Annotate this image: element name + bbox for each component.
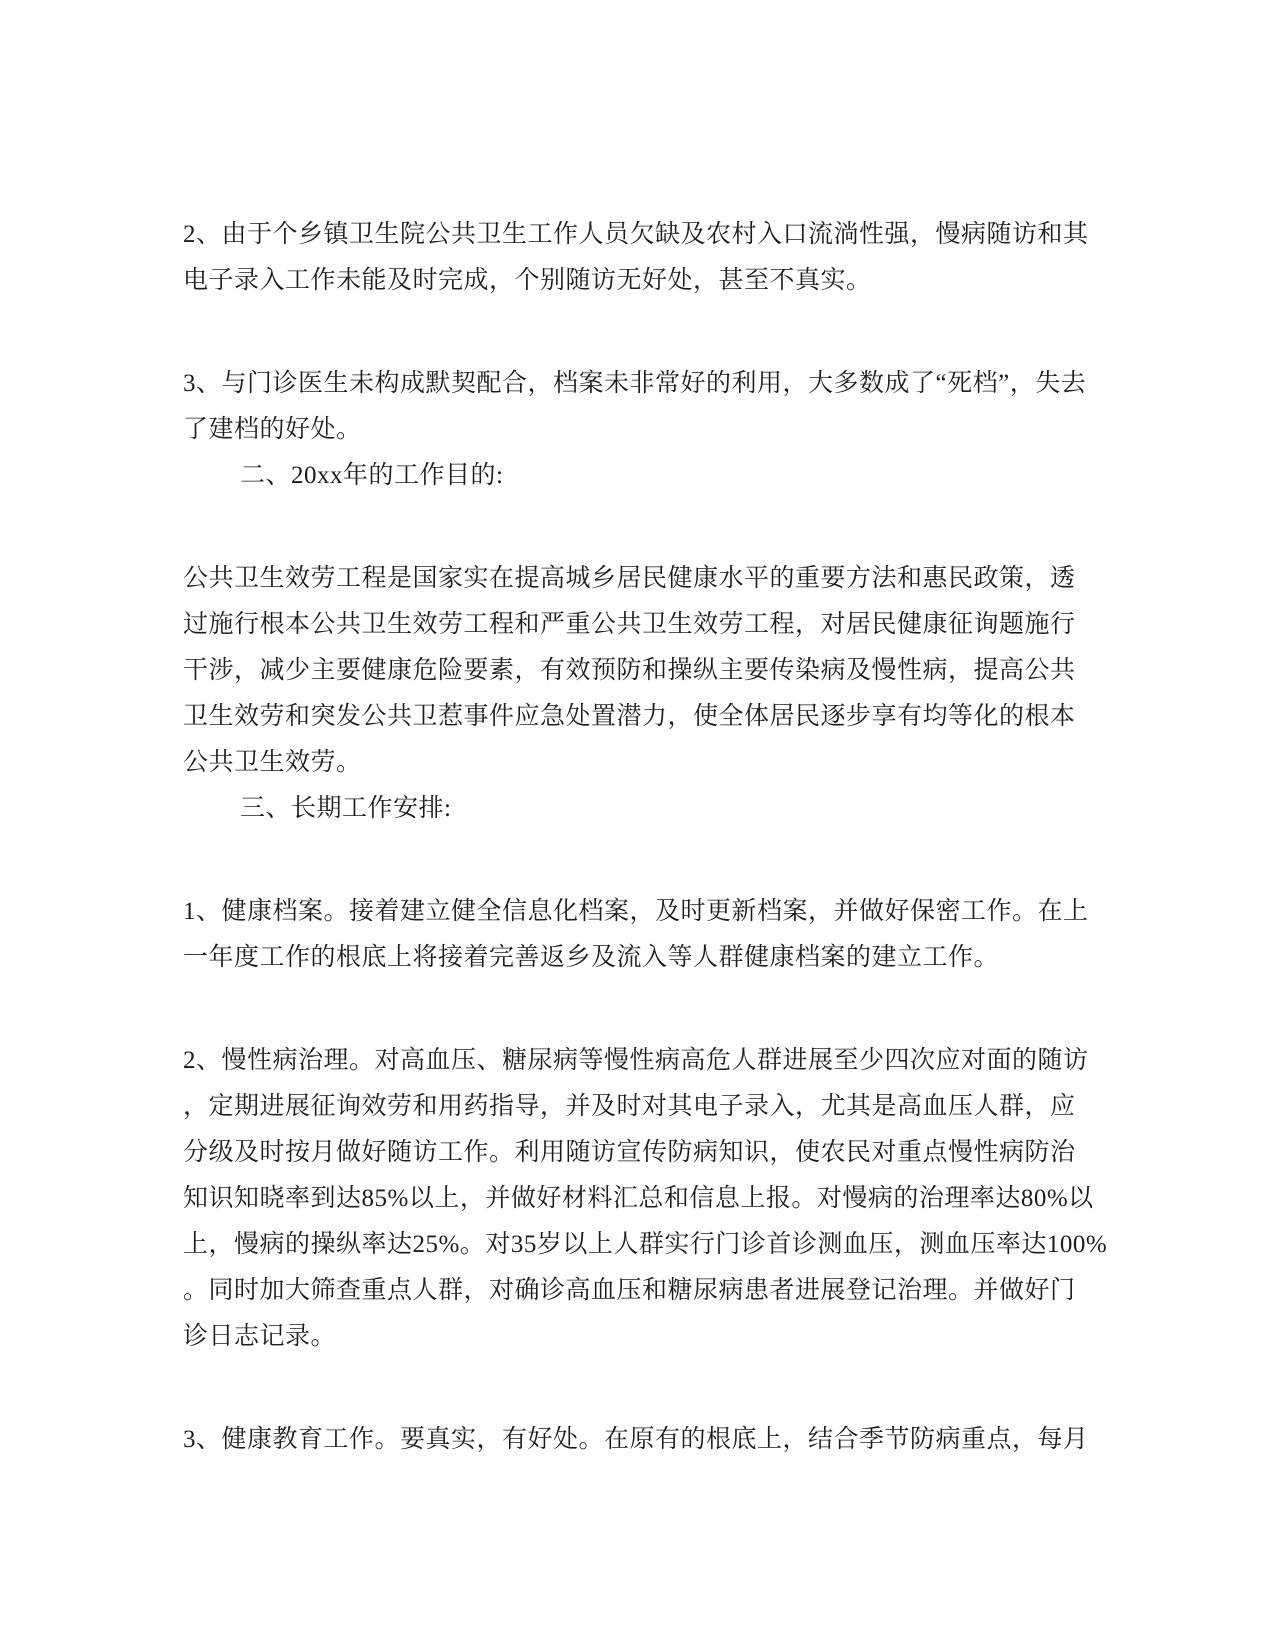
- paragraph-plan-health-archives: 1、健康档案。接着建立健全信息化档案，及时更新档案，并做好保密工作。在上 一年度…: [183, 889, 1275, 981]
- document-page: 2、由于个乡镇卫生院公共卫生工作人员欠缺及农村入口流淌性强，慢病随访和其 电子录…: [0, 0, 1275, 1629]
- paragraph-public-health-goal: 公共卫生效劳工程是国家实在提高城乡居民健康水平的重要方法和惠民政策，透 过施行根…: [183, 556, 1275, 786]
- paragraph-plan-chronic-disease: 2、慢性病治理。对高血压、糖尿病等慢性病高危人群进展至少四次应对面的随访 ，定期…: [183, 1038, 1275, 1360]
- paragraph-plan-health-education: 3、健康教育工作。要真实，有好处。在原有的根底上，结合季节防病重点，每月: [183, 1417, 1275, 1463]
- paragraph-issue-2: 2、由于个乡镇卫生院公共卫生工作人员欠缺及农村入口流淌性强，慢病随访和其 电子录…: [183, 212, 1275, 304]
- heading-section-three-long-term-plan: 三、长期工作安排:: [183, 786, 1275, 832]
- paragraph-issue-3: 3、与门诊医生未构成默契配合，档案未非常好的利用，大多数成了“死档”，失去 了建…: [183, 361, 1275, 453]
- heading-section-two-work-goals: 二、20xx年的工作目的:: [183, 453, 1275, 499]
